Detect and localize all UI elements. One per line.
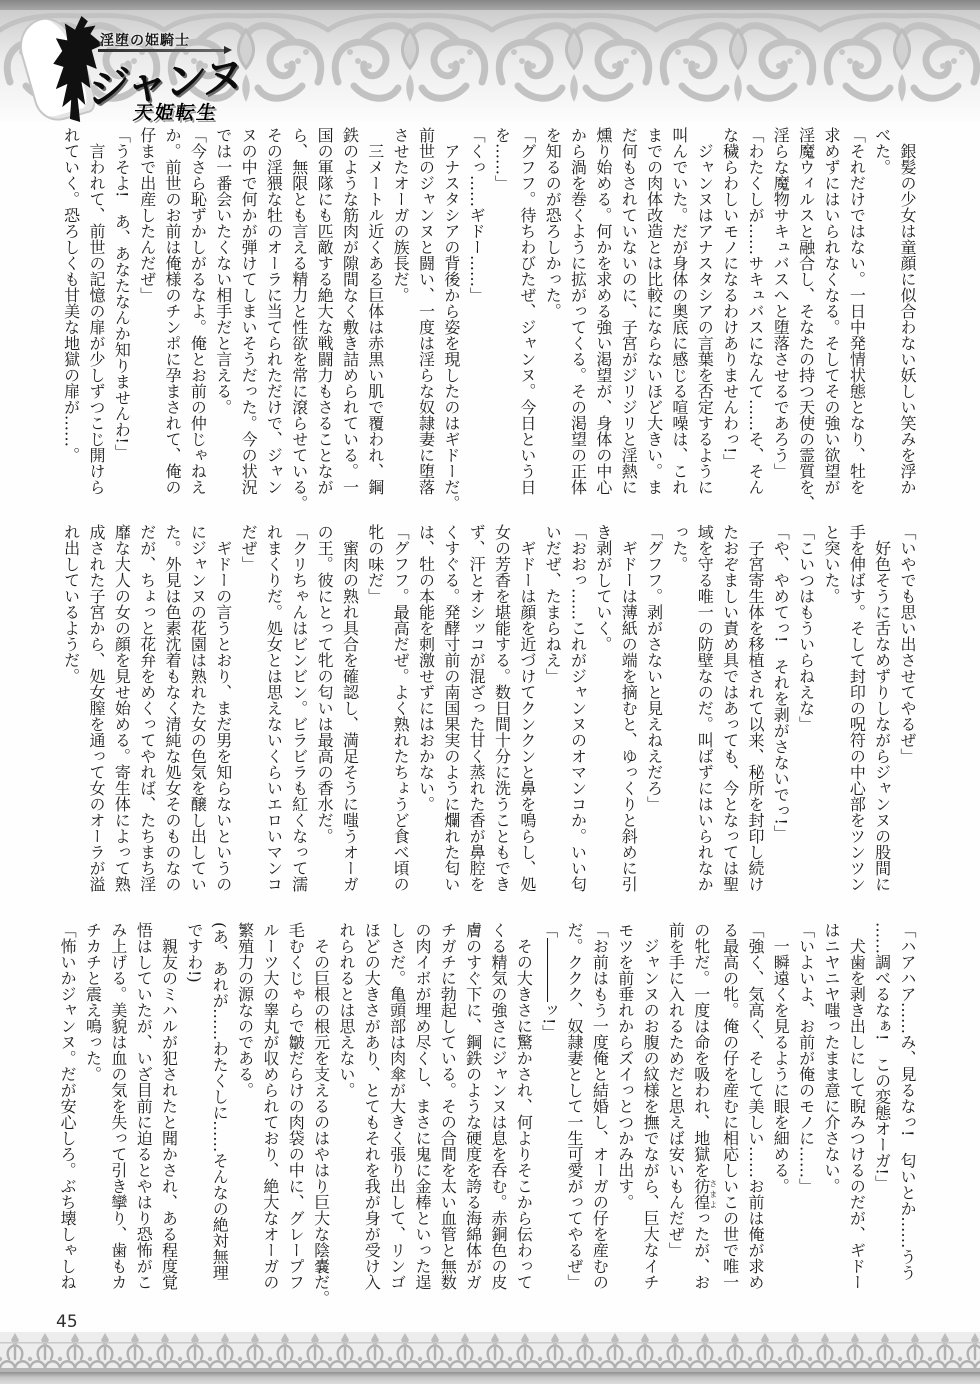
text-column: 「グフフ。剥がさないと見えねえだろ」: [641, 524, 666, 912]
text-column: 「ハアハア……み、見るなっ! 匂いとか……うう: [895, 922, 920, 1310]
text-column: 「グフフ。待ちわびたぜ、ジャンヌ。今日という日: [515, 127, 540, 515]
text-column: 叫んでいた。だが身体の奥底に感じる喧噪は、これ: [667, 127, 692, 515]
text-column: 前を手に入れるためだと思えば安いもんだぜ」: [663, 922, 688, 1310]
text-column: 「強く、気高く、そして美しい……お前は俺が求め: [743, 922, 768, 1310]
text-column: を知るのが恐ろしかった。: [540, 127, 565, 515]
text-column: き剥がしていく。: [591, 524, 616, 912]
text-column: チガチに勃起している。その合間を太い血管と無数: [435, 922, 460, 1310]
novel-scan-page: 淫堕の姫騎士 ジャンヌ 天姫転生 銀髪の少女は童顔に似合わない妖しい笑みを浮かべ…: [0, 0, 980, 1384]
text-column: ヌの中で何かが弾けてしまいそうだった。今の状況: [236, 127, 261, 515]
text-column: と突いた。: [819, 524, 844, 912]
text-column: か。前世のお前は俺様のチンポに孕まされて、俺の: [160, 127, 185, 515]
text-column: だが、ちょっと花弁をめくってやれば、たちまち淫: [134, 524, 159, 912]
bottom-fleur-pattern: [0, 1332, 980, 1372]
text-column: 膚のすぐ下に、鋼鉄のような硬度を誇る海綿体がガ: [460, 922, 485, 1310]
text-column: 求めずにはいられなくなる。そしてその強い欲望が: [819, 127, 844, 515]
text-column: 「や、やめてっ! それを剥がさないでっ!」: [768, 524, 793, 912]
text-column: ら、無限とも言える精力と性欲を常に滾らせている。: [286, 127, 311, 515]
text-column: れ出しているようだ。: [58, 524, 83, 912]
text-column: はニヤニヤ嗤ったまま意に介さない。: [819, 922, 844, 1310]
text-column: 悟はしていたが、いざ目前に迫るとやはり恐怖がこ: [131, 922, 156, 1310]
text-column: ……調べるなぁ! この変態オーガ!」: [869, 922, 894, 1310]
text-column: 銀髪の少女は童顔に似合わない妖しい笑みを浮か: [895, 127, 920, 515]
series-logo: 淫堕の姫騎士 ジャンヌ 天姫転生: [26, 4, 226, 126]
text-column: だ。ククク、奴隷妻として一生可愛がってやるぜ」: [562, 922, 587, 1310]
text-column: モツを前垂れからズイっとつかみ出す。: [612, 922, 637, 1310]
text-column: 「いよいよ、お前が俺のモノに……」: [793, 922, 818, 1310]
text-column: では一番会いたくない相手だと言える。: [210, 127, 235, 515]
text-column: アナスタシアの背後から姿を現したのはギドーだ。: [438, 127, 463, 515]
text-column: な穢らわしいモノになるわけありませんわっ!」: [717, 127, 742, 515]
text-column: 前世のジャンヌと闘い、一度は淫らな奴隷妻に堕落: [413, 127, 438, 515]
text-column: 言われて、前世の記憶の扉が少しずつこじ開けら: [84, 127, 109, 515]
text-column: れまくりだ。処女とは思えないくらいエロいマンコ: [261, 524, 286, 912]
text-column: だ何もされていないのに、子宮がジリジリと淫熱に: [616, 127, 641, 515]
text-column: ジャンヌはアナスタシアの言葉を否定するように: [692, 127, 717, 515]
text-column: 「こいつはもういらねえな」: [793, 524, 818, 912]
text-column: み上げる。美貌は血の気を失って引き攣り、歯もカ: [106, 922, 131, 1310]
text-column: ルーツ大の睾丸が収められており、絶大なオーガの: [258, 922, 283, 1310]
text-column: った。: [667, 524, 692, 912]
text-column: までの肉体改造とは比較にならないほど大きい。ま: [641, 127, 666, 515]
text-band-bottom: 「ハアハア……み、見るなっ! 匂いとか……うう……調べるなぁ! この変態オーガ!…: [58, 922, 920, 1310]
text-column: 「今さら恥ずかしがるなよ。俺とお前の仲じゃねえ: [185, 127, 210, 515]
text-column: 「――――ッ!」: [536, 922, 561, 1310]
text-band-middle: 「いやでも思い出させてやるぜ」 好色そうに舌なめずりしながらジャンヌの股間に手を…: [58, 524, 920, 912]
text-column: は、牡の本能を刺激せずにはおかない。: [413, 524, 438, 912]
text-column: いだぜ、たまらねえ」: [540, 524, 565, 912]
text-column: 靡な大人の女の顔を見せ始める。寄生体によって熟: [109, 524, 134, 912]
text-column: れていく。恐ろしくも甘美な地獄の扉が……。: [58, 127, 83, 515]
text-column: 女の芳香を堪能する。数日間十分に洗うこともでき: [489, 524, 514, 912]
text-column: その巨根の根元を支えるのはやはり巨大な陰嚢だ。: [308, 922, 333, 1310]
text-column: の肉イボが埋め尽くし、まさに鬼に金棒といった逞: [410, 922, 435, 1310]
text-column: にジャンヌの花園は熟れた女の色気を醸し出してい: [185, 524, 210, 912]
text-column: 「わたくしが……サキュバスになんて……そ、そん: [743, 127, 768, 515]
text-column: 淫らな魔物サキュバスへと堕落させるであろう」: [768, 127, 793, 515]
text-column: 「お前はもう一度俺と結婚し、オーガの仔を産むの: [587, 922, 612, 1310]
text-column: 国の軍隊にも匹敵する絶大な戦闘力もさることなが: [312, 127, 337, 515]
text-column: ジャンヌのお腹の紋様を撫でながら、巨大なイチ: [638, 922, 663, 1310]
text-column: の王。彼にとって牝の匂いは最高の香水だ。: [312, 524, 337, 912]
text-column: 「クリちゃんはビンビン。ビラビラも紅くなって濡: [286, 524, 311, 912]
bottom-ornament-border: [0, 1332, 980, 1384]
page-number: 45: [56, 1312, 78, 1332]
text-column: 親友のミハルが犯されたと聞かされ、ある程度覚: [156, 922, 181, 1310]
text-column: ですわ!): [182, 922, 207, 1310]
text-column: る最高の牝。俺の仔を産むに相応しいこの世で唯一: [717, 922, 742, 1310]
text-column: から渦を巻くように拡がってくる。その渇望の正体: [565, 127, 590, 515]
text-column: 蜜肉の熟れ具合を確認し、満足そうに嗤うオーガ: [337, 524, 362, 912]
logo-series-title: 淫堕の姫騎士: [100, 30, 190, 50]
text-column: その大きさに驚かされ、何よりそこから伝わって: [511, 922, 536, 1310]
text-column: 「怖いかジャンヌ。だが安心しろ。ぶち壊しゃしね: [55, 922, 80, 1310]
text-column: その淫猥な牡のオーラに当てられただけで、ジャン: [261, 127, 286, 515]
text-column: 「おおっ……これがジャンヌのオマンコか。いい匂: [565, 524, 590, 912]
text-column: ギドーは顔を近づけてクンクンと鼻を鳴らし、処: [515, 524, 540, 912]
text-column: 成された子宮から、処女膣を通って女のオーラが溢: [84, 524, 109, 912]
text-column: チカチと震え鳴った。: [80, 922, 105, 1310]
logo-subtitle: 天姫転生: [132, 98, 221, 125]
text-column: 好色そうに舌なめずりしながらジャンヌの股間に: [869, 524, 894, 912]
text-column: ギドーの言うとおり、まだ男を知らないというの: [210, 524, 235, 912]
text-column: 域を守る唯一の防壁なのだ。叫ばずにはいられなか: [692, 524, 717, 912]
text-column: 繁殖力の源なのである。: [232, 922, 257, 1310]
text-column: 鉄のような筋肉が隙間なく敷き詰められている。一: [337, 127, 362, 515]
text-column: ほどの大きさがあり、とてもそれを我が身が受け入: [359, 922, 384, 1310]
text-column: 牝の味だ」: [362, 524, 387, 912]
text-column: れられるとは思えない。: [334, 922, 359, 1310]
text-column: 「いやでも思い出させてやるぜ」: [895, 524, 920, 912]
text-column: ず、汗とオシッコが混ざった甘く蒸れた香が鼻腔を: [464, 524, 489, 912]
text-column: (あ、あれが……わたくしに……そんなの絶対無理: [207, 922, 232, 1310]
text-band-top: 銀髪の少女は童顔に似合わない妖しい笑みを浮かべた。「それだけではない。一日中発情…: [58, 127, 920, 515]
text-column: 「うそよ! あ、あなたなんか知りませんわ!」: [109, 127, 134, 515]
text-column: させたオーガの族長だ。: [388, 127, 413, 515]
text-column: 一瞬遠くを見るように眼を細める。: [768, 922, 793, 1310]
text-column: 「くっ……ギドー……」: [464, 127, 489, 515]
text-column: ギドーは薄紙の端を摘むと、ゆっくりと斜めに引: [616, 524, 641, 912]
text-column: 毛むくじゃらで皺だらけの肉袋の中に、グレープフ: [283, 922, 308, 1310]
text-column: くる精気の強さにジャンヌは息を呑む。赤銅色の皮: [486, 922, 511, 1310]
text-column: 手を伸ばす。そして封印の呪符の中心部をツンツン: [844, 524, 869, 912]
text-column: くすぐる。発酵寸前の南国果実のように爛れた匂い: [438, 524, 463, 912]
text-column: た。外見は色素沈着もなく清純な処女そのものなの: [160, 524, 185, 912]
text-column: 三メートル近くある巨体は赤黒い肌で覆われ、鋼: [362, 127, 387, 515]
text-column: べた。: [869, 127, 894, 515]
text-column: 燻り始める。何かを求める強い渇望が、身体の中心: [591, 127, 616, 515]
text-column: 「それだけではない。一日中発情状態となり、牡を: [844, 127, 869, 515]
bottom-gray-bar: [0, 1372, 980, 1384]
text-column: 子宮寄生体を移植されて以来、秘所を封印し続け: [743, 524, 768, 912]
text-column: を……」: [489, 127, 514, 515]
text-column: たおぞましい責め具ではあっても、今となっては聖: [717, 524, 742, 912]
text-column: の牝だ。一度は命を吸われ、地獄を彷徨さまよったが、お: [688, 922, 717, 1310]
text-column: 「グフフ。最高だぜ。よく熟れたちょうど食べ頃の: [388, 524, 413, 912]
text-column: 仔まで出産したんだぜ」: [134, 127, 159, 515]
text-column: 淫魔ウィルスと融合し、そなたの持つ天使の霊質を、: [793, 127, 818, 515]
text-column: 犬歯を剥き出しにして睨みつけるのだが、ギドー: [844, 922, 869, 1310]
text-column: しさだ。亀頭部は肉傘が大きく張り出して、リンゴ: [384, 922, 409, 1310]
text-column: だぜ」: [236, 524, 261, 912]
